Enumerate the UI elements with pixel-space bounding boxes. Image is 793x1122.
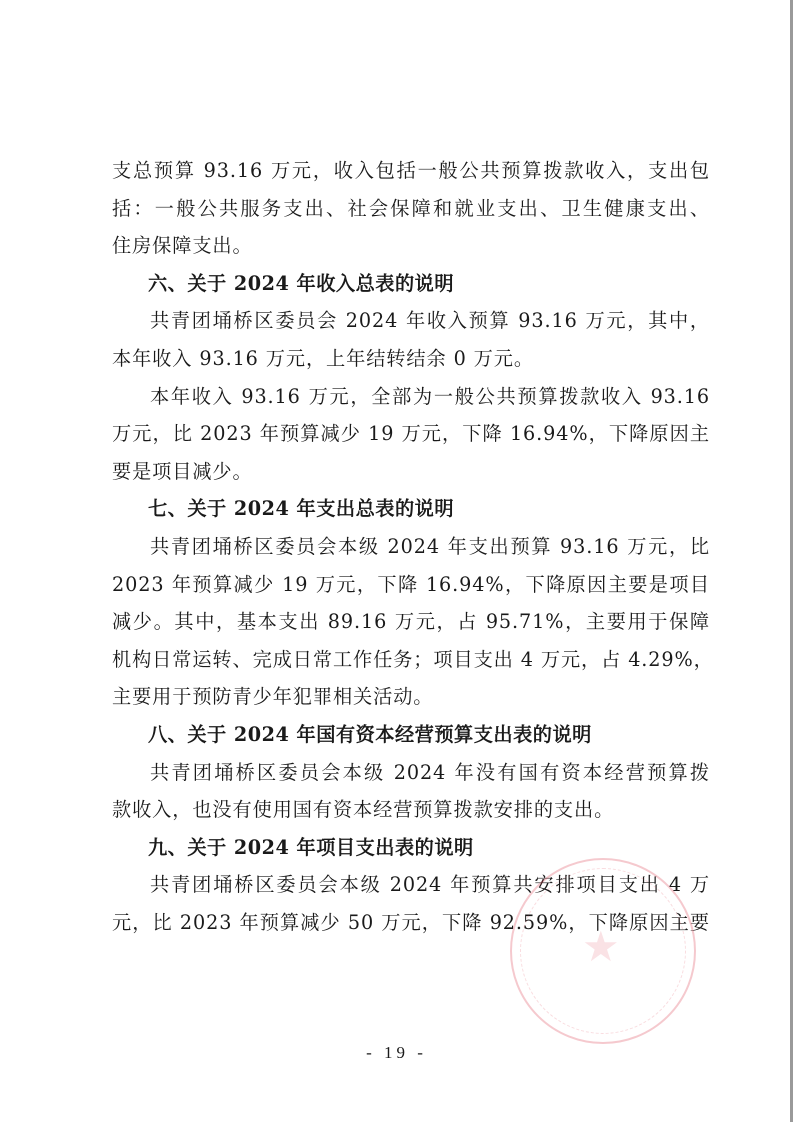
body-line: 本年收入 93.16 万元，上年结转结余 0 万元。 xyxy=(112,340,710,378)
body-line: 款收入，也没有使用国有资本经营预算拨款安排的支出。 xyxy=(112,791,710,829)
body-line: 元，比 2023 年预算减少 50 万元，下降 92.59%，下降原因主要 xyxy=(112,904,710,942)
body-line: 要是项目减少。 xyxy=(112,453,710,491)
body-line: 减少。其中，基本支出 89.16 万元，占 95.71%，主要用于保障 xyxy=(112,603,710,641)
body-line: 住房保障支出。 xyxy=(112,227,710,265)
body-line: 支总预算 93.16 万元，收入包括一般公共预算拨款收入，支出包 xyxy=(112,152,710,190)
body-line: 共青团埇桥区委员会 2024 年收入预算 93.16 万元，其中， xyxy=(112,302,710,340)
body-line: 机构日常运转、完成日常工作任务；项目支出 4 万元，占 4.29%， xyxy=(112,641,710,679)
section-heading-6: 六、关于 2024 年收入总表的说明 xyxy=(112,265,710,303)
section-heading-7: 七、关于 2024 年支出总表的说明 xyxy=(112,490,710,528)
section-heading-8: 八、关于 2024 年国有资本经营预算支出表的说明 xyxy=(112,716,710,754)
body-line: 万元，比 2023 年预算减少 19 万元，下降 16.94%，下降原因主 xyxy=(112,415,710,453)
body-line: 共青团埇桥区委员会本级 2024 年支出预算 93.16 万元，比 xyxy=(112,528,710,566)
page-number: - 19 - xyxy=(0,1043,793,1063)
body-line: 本年收入 93.16 万元，全部为一般公共预算拨款收入 93.16 xyxy=(112,378,710,416)
body-line: 共青团埇桥区委员会本级 2024 年没有国有资本经营预算拨 xyxy=(112,754,710,792)
section-heading-9: 九、关于 2024 年项目支出表的说明 xyxy=(112,829,710,867)
body-line: 共青团埇桥区委员会本级 2024 年预算共安排项目支出 4 万 xyxy=(112,866,710,904)
body-line: 主要用于预防青少年犯罪相关活动。 xyxy=(112,678,710,716)
body-line: 括：一般公共服务支出、社会保障和就业支出、卫生健康支出、 xyxy=(112,190,710,228)
document-body: 支总预算 93.16 万元，收入包括一般公共预算拨款收入，支出包 括：一般公共服… xyxy=(112,152,710,941)
body-line: 2023 年预算减少 19 万元，下降 16.94%，下降原因主要是项目 xyxy=(112,566,710,604)
